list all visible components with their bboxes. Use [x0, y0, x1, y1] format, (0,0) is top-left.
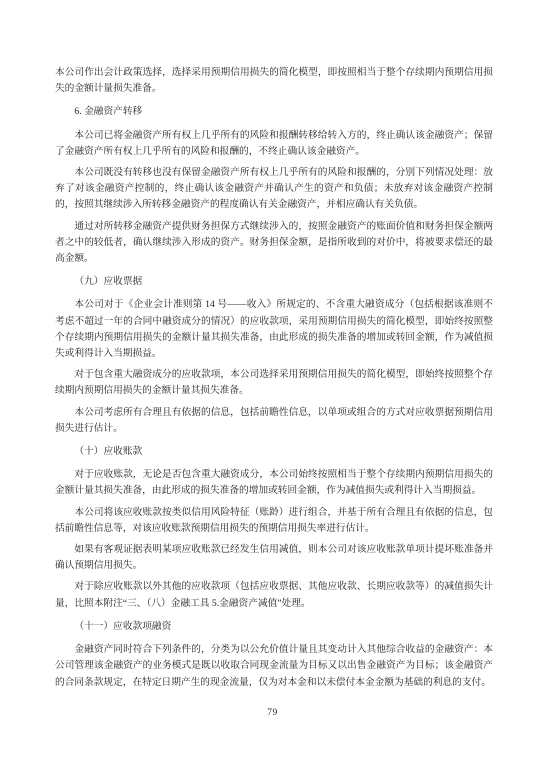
body-paragraph: 本公司将该应收账款按类似信用风险特征（账龄）进行组合，并基于所有合理且有依据的信… [55, 505, 493, 537]
body-paragraph: 本公司已将金融资产所有权上几乎所有的风险和报酬转移给转入方的，终止确认该金融资产… [55, 128, 493, 160]
body-paragraph: 本公司对于《企业会计准则第 14 号——收入》所规定的、不含重大融资成分（包括根… [55, 297, 493, 362]
body-paragraph: 本公司作出会计政策选择，选择采用预期信用损失的简化模型，即按照相当于整个存续期内… [55, 65, 493, 97]
body-paragraph: 通过对所转移金融资产提供财务担保方式继续涉入的，按照金融资产的账面价值和财务担保… [55, 219, 493, 268]
body-paragraph: 本公司既没有转移也没有保留金融资产所有权上几乎所有的风险和报酬的，分别下列情况处… [55, 165, 493, 214]
body-paragraph: 对于包含重大融资成分的应收款项，本公司选择采用预期信用损失的简化模型，即始终按照… [55, 367, 493, 399]
section-heading: 6. 金融资产转移 [55, 104, 493, 120]
body-paragraph: 本公司考虑所有合理且有依据的信息，包括前瞻性信息，以单项或组合的方式对应收票据预… [55, 405, 493, 437]
section-heading: （九）应收票据 [55, 274, 493, 290]
section-heading: （十）应收账款 [55, 444, 493, 460]
body-paragraph: 对于应收账款，无论是否包含重大融资成分，本公司始终按照相当于整个存续期内预期信用… [55, 467, 493, 499]
body-paragraph: 如果有客观证据表明某项应收账款已经发生信用减值，则本公司对该应收账款单项计提坏账… [55, 542, 493, 574]
section-heading: （十一）应收款项融资 [55, 619, 493, 635]
document-body: 本公司作出会计政策选择，选择采用预期信用损失的简化模型，即按照相当于整个存续期内… [55, 60, 493, 696]
body-paragraph: 金融资产同时符合下列条件的，分类为以公允价值计量且其变动计入其他综合收益的金融资… [55, 642, 493, 691]
body-paragraph: 对于除应收账款以外其他的应收款项（包括应收票据、其他应收款、长期应收款等）的减值… [55, 579, 493, 611]
page-number: 79 [0, 708, 545, 718]
document-page: 本公司作出会计政策选择，选择采用预期信用损失的简化模型，即按照相当于整个存续期内… [0, 0, 545, 771]
